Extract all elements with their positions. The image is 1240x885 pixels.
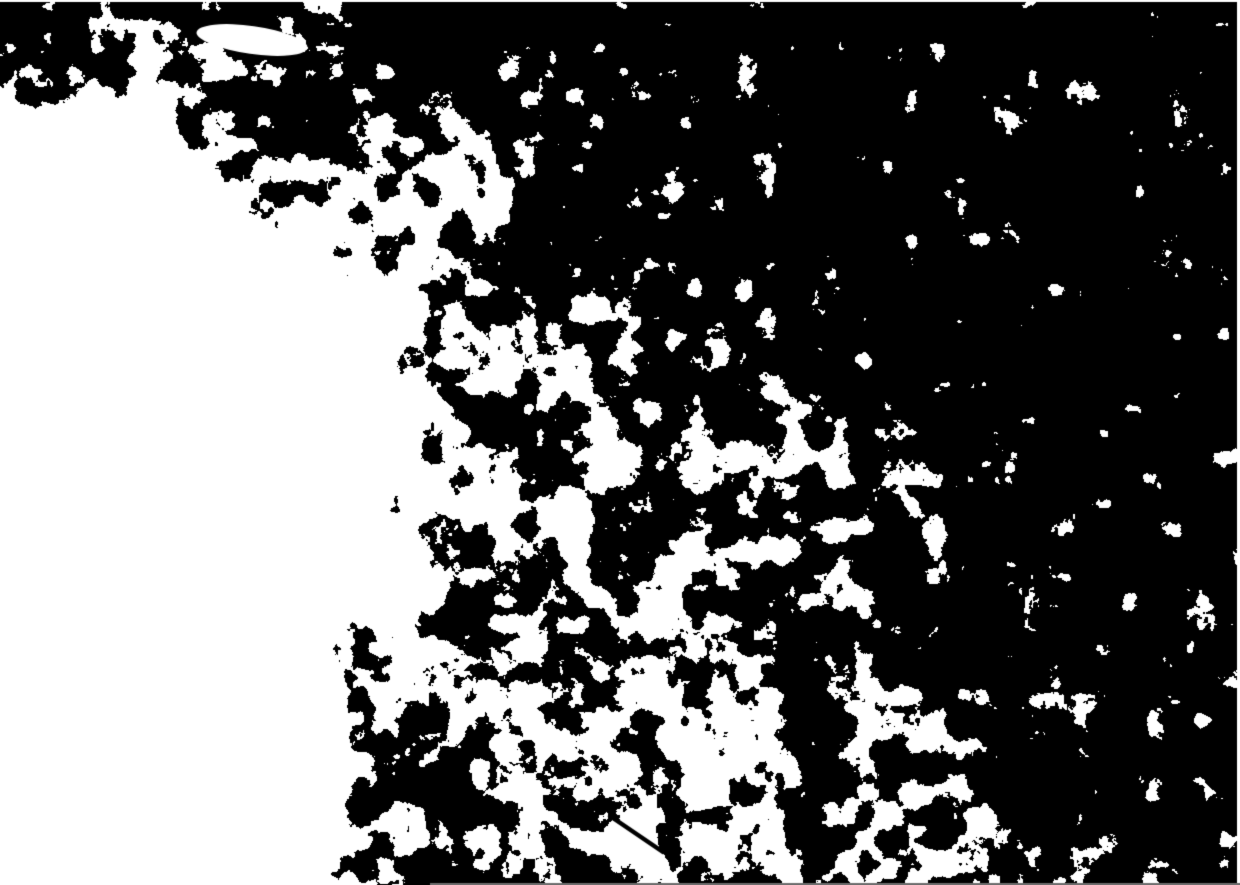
figure-stage — [0, 0, 1240, 885]
micrograph-image — [0, 0, 1240, 885]
